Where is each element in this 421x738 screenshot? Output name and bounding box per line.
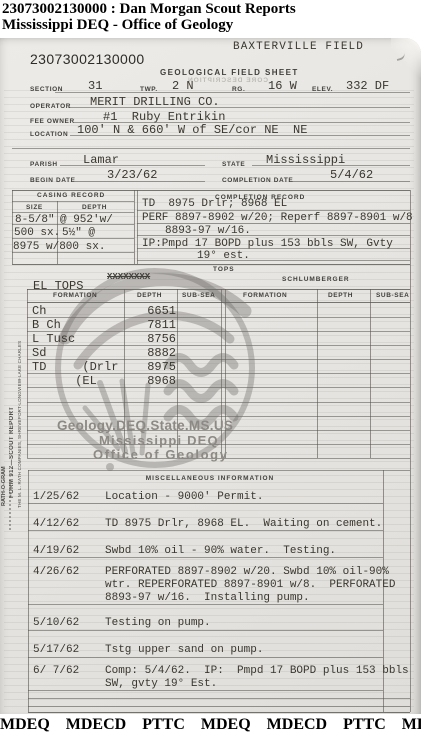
schlum-formation-header: FORMATION xyxy=(243,292,287,299)
schlumberger-title: SCHLUMBERGER xyxy=(282,276,350,283)
casing-row-depth: @ 952'w/ xyxy=(60,215,113,226)
misc-date: 6/ 7/62 xyxy=(33,666,79,677)
casing-record-title: CASING RECORD xyxy=(37,192,105,199)
tops-depth: 6651 xyxy=(130,305,176,317)
misc-text: 8893-97 w/16. Installing pump. xyxy=(105,593,310,604)
operator-label: OPERATOR xyxy=(30,103,71,110)
tops-depth: 8882 xyxy=(130,347,176,359)
casing-row-size: 500 sx. xyxy=(14,228,60,239)
begin-date-label: BEGIN DATE xyxy=(30,177,76,184)
section-value: 31 xyxy=(88,80,102,92)
misc-date: 5/17/62 xyxy=(33,645,79,656)
completion-line: 8893-97 w/16. xyxy=(165,226,251,237)
misc-date: 4/26/62 xyxy=(33,567,79,578)
tops-formation: Ch xyxy=(32,305,46,317)
completion-line: 19° est. xyxy=(197,251,250,262)
tops-title: TOPS xyxy=(213,266,235,273)
parish-label: PARISH xyxy=(30,161,58,168)
tops-formation: L Tusc xyxy=(32,333,75,345)
section-label: SECTION xyxy=(30,86,63,93)
misc-date: 1/25/62 xyxy=(33,492,79,503)
misc-text: Swbd 10% oil - 90% water. Testing. xyxy=(105,546,336,557)
state-label: STATE xyxy=(222,161,245,168)
misc-text: Comp: 5/4/62. IP: Pmpd 17 BOPD plus 153 … xyxy=(105,666,409,677)
completion-date-label: COMPLETION DATE xyxy=(222,177,293,184)
rg-label: RG. xyxy=(232,86,245,93)
misc-text: Location - 9000' Permit. xyxy=(105,492,263,503)
misc-title: MISCELLANEOUS INFORMATION xyxy=(90,475,330,482)
rg-value: 16 W xyxy=(268,80,297,92)
sheet-title: GEOLOGICAL FIELD SHEET xyxy=(160,68,299,77)
watermark-url: Geology.DEQ.State.MS.US xyxy=(57,418,233,433)
well-id-stamp: 23073002130000 xyxy=(30,51,145,67)
state-value: Mississippi xyxy=(266,154,345,166)
misc-text: TD 8975 Drlr, 8968 EL. Waiting on cement… xyxy=(105,519,382,530)
casing-size-header: SIZE xyxy=(26,204,43,211)
misc-text: SW, gvty 19° Est. xyxy=(105,679,217,690)
footer-watermark-strip: MDEQ MDECD PTTC MDEQ MDECD PTTC MDEQ MDE… xyxy=(0,716,421,738)
fee-owner-value: #1 Ruby Entrikin xyxy=(103,111,225,123)
location-label: LOCATION xyxy=(30,131,68,138)
elev-label: ELEV. xyxy=(312,86,333,93)
tops-strikeout-text: XXXXXXXX xyxy=(107,272,150,282)
elev-value: 332 DF xyxy=(346,80,389,92)
page-subtitle: Mississippi DEQ - Office of Geology xyxy=(2,17,233,34)
el-tops-annotation: EL TOPS xyxy=(33,280,83,292)
begin-date-value: 3/23/62 xyxy=(107,169,157,181)
tops-depth-header: DEPTH xyxy=(137,292,162,299)
page-title: 23073002130000 : Dan Morgan Scout Report… xyxy=(2,1,296,18)
misc-date: 4/19/62 xyxy=(33,546,79,557)
tops-formation: TD (Drlr xyxy=(32,361,118,373)
misc-text: Testing on pump. xyxy=(105,618,211,629)
completion-line: PERF 8897-8902 w/20; Reperf 8897-8901 w/… xyxy=(142,213,413,224)
parish-value: Lamar xyxy=(83,154,119,166)
tops-formation: (EL xyxy=(32,375,97,387)
tops-formation: Sd xyxy=(32,347,46,359)
tops-depth: 8968 xyxy=(130,375,176,387)
fee-owner-label: FEE OWNER xyxy=(30,118,75,125)
twp-label: TWP. xyxy=(140,86,158,93)
operator-value: MERIT DRILLING CO. xyxy=(90,96,220,108)
completion-line: IP:Pmpd 17 BOPD plus 153 bbls SW, Gvty xyxy=(142,239,393,250)
tops-depth: 7811 xyxy=(130,319,176,331)
scanned-field-sheet: BAXTERVILLE FIELD 23073002130000 GEOLOGI… xyxy=(0,38,421,714)
tops-formation: B Ch xyxy=(32,319,61,331)
margin-fine-print xyxy=(9,480,11,532)
misc-date: 4/12/62 xyxy=(33,519,79,530)
tops-formation-header: FORMATION xyxy=(53,292,97,299)
watermark-agency: Mississippi DEQ xyxy=(99,433,219,448)
tops-depth: 8756 xyxy=(130,333,176,345)
watermark-office: Office of Geology xyxy=(93,447,229,462)
bleed-through-text: CORE DESCRIPTION xyxy=(187,77,268,84)
casing-row-size: 8975 w/800 sx. xyxy=(13,242,105,253)
casing-depth-header: DEPTH xyxy=(82,204,107,211)
field-name: BAXTERVILLE FIELD xyxy=(233,42,364,53)
completion-line: TD 8975 Drlr; 8968 EL xyxy=(142,199,287,210)
margin-rathogram: RATH-O-GRAM xyxy=(1,434,7,506)
completion-date-value: 5/4/62 xyxy=(330,169,373,181)
margin-form-name: FORM 912—SCOUT REPORT xyxy=(9,328,15,498)
schlum-depth-header: DEPTH xyxy=(328,292,353,299)
schlum-subsea-header: SUB-SEA xyxy=(376,292,409,299)
tops-depth: 8975 xyxy=(130,361,176,373)
twp-value: 2 N xyxy=(172,80,194,92)
casing-row-depth: 5½" @ xyxy=(62,228,95,239)
margin-company: THE M. L. RATH COMPANIES, SHREVEPORT-LON… xyxy=(17,308,22,508)
misc-text: PERFORATED 8897-8902 w/20. Swbd 10% oil-… xyxy=(105,567,389,578)
casing-row-size: 8-5/8" xyxy=(15,215,55,226)
misc-text: wtr. REPERFORATED 8897-8901 w/8. PERFORA… xyxy=(105,580,395,591)
location-value: 100' N & 660' W of SE/cor NE NE xyxy=(77,124,307,136)
tops-subsea-header: SUB-SEA xyxy=(182,292,215,299)
misc-text: Tstg upper sand on pump. xyxy=(105,645,263,656)
misc-date: 5/10/62 xyxy=(33,618,79,629)
